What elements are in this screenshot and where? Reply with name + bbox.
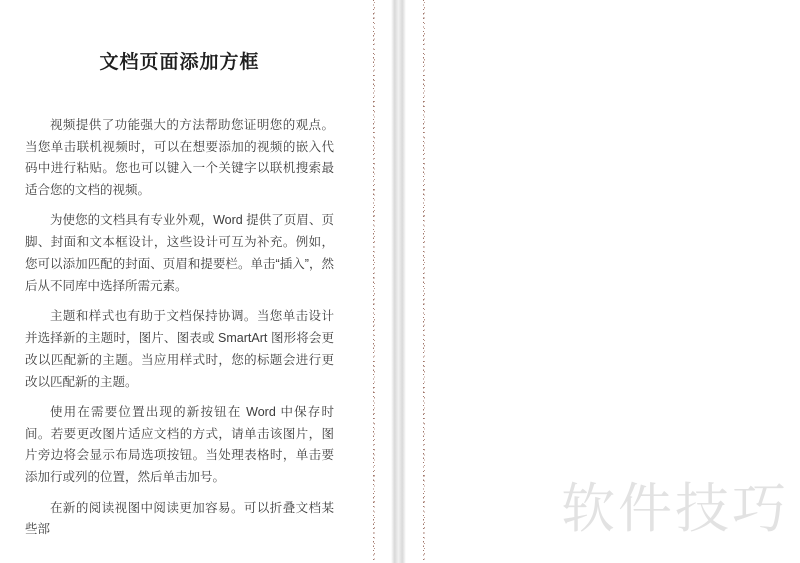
- paragraph: 在新的阅读视图中阅读更加容易。可以折叠文档某些部: [25, 498, 334, 542]
- page-left[interactable]: 文档页面添加方框 视频提供了功能强大的方法帮助您证明您的观点。当您单击联机视频时…: [0, 0, 391, 563]
- paragraph: 使用在需要位置出现的新按钮在 Word 中保存时间。若要更改图片适应文档的方式，…: [25, 402, 334, 489]
- document-spread-view: 文档页面添加方框 视频提供了功能强大的方法帮助您证明您的观点。当您单击联机视频时…: [0, 0, 800, 563]
- page-right[interactable]: 分并关注所需文本。如果在达到结尾处之前需要停止读取，Word 会记住您的停止位置…: [406, 0, 800, 563]
- paragraph: 视频提供了功能强大的方法帮助您证明您的观点。当您单击联机视频时，可以在想要添加的…: [25, 115, 334, 202]
- paragraph: 为使您的文档具有专业外观，Word 提供了页眉、页脚、封面和文本框设计，这些设计…: [25, 210, 334, 297]
- right-page-dashed-border: [423, 0, 425, 563]
- left-page-dashed-border: [373, 0, 375, 563]
- page-gutter: [391, 0, 406, 563]
- paragraph: 主题和样式也有助于文档保持协调。当您单击设计并选择新的主题时，图片、图表或 Sm…: [25, 306, 334, 393]
- document-title: 文档页面添加方框: [25, 52, 334, 74]
- page-left-text-column: 文档页面添加方框 视频提供了功能强大的方法帮助您证明您的观点。当您单击联机视频时…: [25, 52, 334, 550]
